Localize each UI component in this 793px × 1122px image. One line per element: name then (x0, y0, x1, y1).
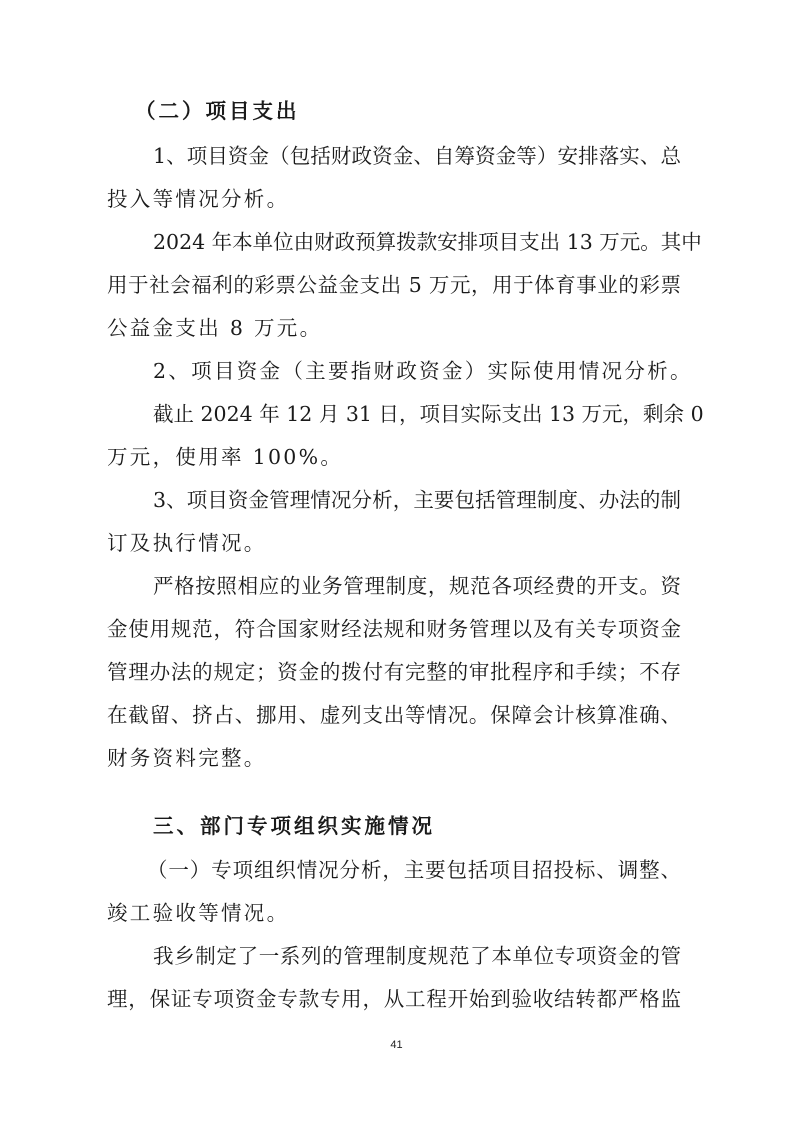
paragraph-1-line-1: 2024 年本单位由财政预算拨款安排项目支出 13 万元。其中 (153, 227, 681, 257)
paragraph-2-line-1: 截止 2024 年 12 月 31 日，项目实际支出 13 万元，剩余 0 (153, 399, 681, 429)
paragraph-2-line-2: 万元，使用率 100%。 (107, 442, 343, 472)
item-3-line-2: 订及执行情况。 (107, 528, 267, 558)
subsection-1-line-1: （一）专项组织情况分析，主要包括项目招投标、调整、 (147, 855, 681, 885)
paragraph-3-line-4: 在截留、挤占、挪用、虚列支出等情况。保障会计核算准确、 (107, 700, 681, 730)
paragraph-3-line-5: 财务资料完整。 (107, 743, 267, 773)
section-heading-special-implementation: 三、部门专项组织实施情况 (153, 811, 435, 841)
item-1-line-2: 投入等情况分析。 (107, 184, 289, 214)
item-2-line-1: 2、项目资金（主要指财政资金）实际使用情况分析。 (153, 356, 693, 386)
subsection-1-line-2: 竣工验收等情况。 (107, 898, 289, 928)
paragraph-3-line-2: 金使用规范，符合国家财经法规和财务管理以及有关专项资金 (107, 614, 681, 644)
paragraph-3-line-3: 管理办法的规定；资金的拨付有完整的审批程序和手续；不存 (107, 657, 681, 687)
paragraph-1-line-3: 公益金支出 8 万元。 (107, 313, 322, 343)
section-heading-project-expenditure: （二）项目支出 (135, 96, 300, 126)
paragraph-4-line-1: 我乡制定了一系列的管理制度规范了本单位专项资金的管 (153, 941, 681, 971)
paragraph-3-line-1: 严格按照相应的业务管理制度，规范各项经费的开支。资 (153, 571, 681, 601)
paragraph-1-line-2: 用于社会福利的彩票公益金支出 5 万元，用于体育事业的彩票 (107, 270, 681, 300)
page-number: 41 (0, 1039, 793, 1051)
item-1-line-1: 1、项目资金（包括财政资金、自筹资金等）安排落实、总 (153, 141, 681, 171)
paragraph-4-line-2: 理，保证专项资金专款专用，从工程开始到验收结转都严格监 (107, 984, 681, 1014)
item-3-line-1: 3、项目资金管理情况分析，主要包括管理制度、办法的制 (153, 485, 681, 515)
